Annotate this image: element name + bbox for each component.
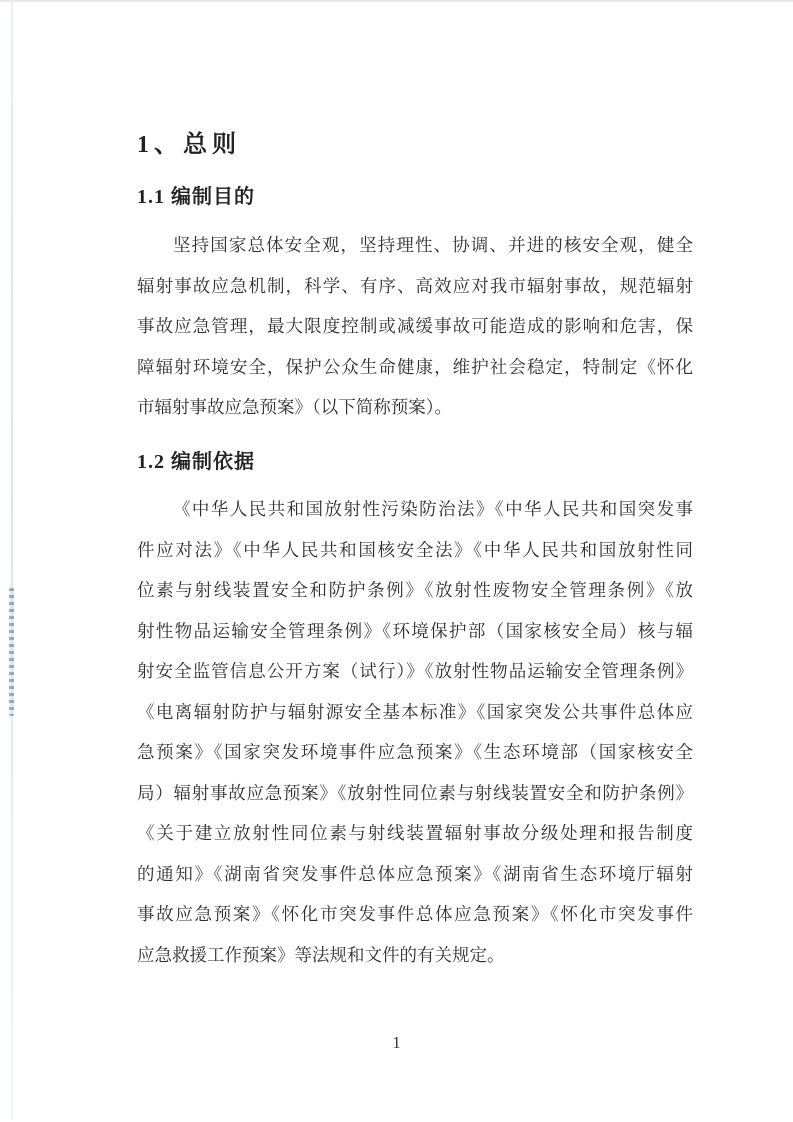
paragraph-line: 件应对法》《中华人民共和国核安全法》《中华人民共和国放射性同 xyxy=(137,530,693,571)
paragraph-line: 应急救援工作预案》等法规和文件的有关规定。 xyxy=(137,935,693,976)
paragraph-line: 局）辐射事故应急预案》《放射性同位素与射线装置安全和防护条例》 xyxy=(137,773,693,814)
paragraph-line: 辐射事故应急机制，科学、有序、高效应对我市辐射事故，规范辐射 xyxy=(137,266,693,307)
paragraph-line: 射安全监管信息公开方案（试行）》《放射性物品运输安全管理条例》 xyxy=(137,651,693,692)
scan-dash-artifact xyxy=(9,588,14,716)
scan-top-edge-artifact xyxy=(0,0,793,2)
page-number: 1 xyxy=(0,1033,793,1053)
paragraph-purpose: 坚持国家总体安全观，坚持理性、协调、并进的核安全观，健全 辐射事故应急机制，科学… xyxy=(137,225,693,428)
chapter-title: 1、总则 xyxy=(137,124,241,159)
paragraph-line: 《电离辐射防护与辐射源安全基本标准》《国家突发公共事件总体应 xyxy=(137,692,693,733)
paragraph-line: 急预案》《国家突发环境事件应急预案》《生态环境部（国家核安全 xyxy=(137,732,693,773)
paragraph-line: 事故应急预案》《怀化市突发事件总体应急预案》《怀化市突发事件 xyxy=(137,894,693,935)
paragraph-line: 障辐射环境安全，保护公众生命健康，维护社会稳定，特制定《怀化 xyxy=(137,347,693,388)
paragraph-line: 市辐射事故应急预案》（以下简称预案）。 xyxy=(137,387,693,428)
section-heading-1-1: 1.1 编制目的 xyxy=(137,180,255,209)
paragraph-line: 射性物品运输安全管理条例》《环境保护部（国家核安全局）核与辐 xyxy=(137,611,693,652)
paragraph-line: 事故应急管理，最大限度控制或减缓事故可能造成的影响和危害，保 xyxy=(137,306,693,347)
paragraph-line: 位素与射线装置安全和防护条例》《放射性废物安全管理条例》《放 xyxy=(137,570,693,611)
paragraph-line: 坚持国家总体安全观，坚持理性、协调、并进的核安全观，健全 xyxy=(137,225,693,266)
paragraph-line: 《关于建立放射性同位素与射线装置辐射事故分级处理和报告制度 xyxy=(137,813,693,854)
paragraph-line: 《中华人民共和国放射性污染防治法》《中华人民共和国突发事 xyxy=(137,489,693,530)
scanned-document-page: 1、总则 1.1 编制目的 坚持国家总体安全观，坚持理性、协调、并进的核安全观，… xyxy=(0,0,793,1122)
section-heading-1-2: 1.2 编制依据 xyxy=(137,445,255,474)
paragraph-basis: 《中华人民共和国放射性污染防治法》《中华人民共和国突发事 件应对法》《中华人民共… xyxy=(137,489,693,975)
scan-binding-line-artifact xyxy=(11,2,13,1120)
paragraph-line: 的通知》《湖南省突发事件总体应急预案》《湖南省生态环境厅辐射 xyxy=(137,854,693,895)
